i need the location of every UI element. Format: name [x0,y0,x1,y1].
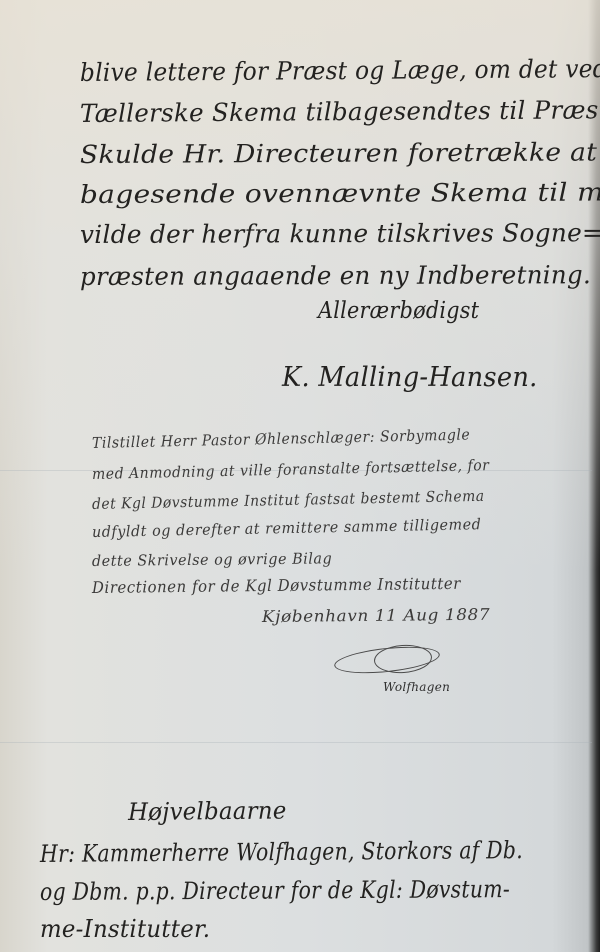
body-line: blive lettere for Præst og Læge, om det … [80,54,600,87]
body-line: præsten angaaende en ny Indberetning. [80,260,591,291]
letter-page: blive lettere for Præst og Læge, om det … [0,0,600,952]
annotation-line: Directionen for de Kgl Døvstumme Institu… [92,574,461,597]
annotation-date: Kjøbenhavn 11 Aug 1887 [262,605,490,626]
address-line: og Dbm. p.p. Directeur for de Kgl: Døvst… [40,875,510,906]
paper-fold-line [0,742,592,743]
address-line: Hr: Kammerherre Wolfhagen, Storkors af D… [40,836,523,868]
body-line: bagesende ovennævnte Skema til mig, [80,177,600,209]
closing-phrase: Allerærbødigst [318,298,479,324]
annotation-line: med Anmodning at ville foranstalte forts… [92,456,490,483]
annotation-signature: Wolfhagen [383,680,450,694]
annotation-line: det Kgl Døvstumme Institut fastsat beste… [92,487,485,513]
annotation-line: dette Skrivelse og øvrige Bilag [92,549,332,570]
body-line: Tællerske Skema tilbagesendtes til Præst… [80,95,600,128]
author-signature: K. Malling-Hansen. [282,362,538,393]
address-line: me-Institutter. [40,915,210,943]
annotation-line: Tilstillet Herr Pastor Øhlenschlæger: So… [92,425,471,452]
annotation-line: udfyldt og derefter at remittere samme t… [92,515,482,541]
body-line: vilde der herfra kunne tilskrives Sogne= [80,218,600,249]
address-salutation: Højvelbaarne [128,797,287,826]
body-line: Skulde Hr. Directeuren foretrække at til… [80,137,600,169]
